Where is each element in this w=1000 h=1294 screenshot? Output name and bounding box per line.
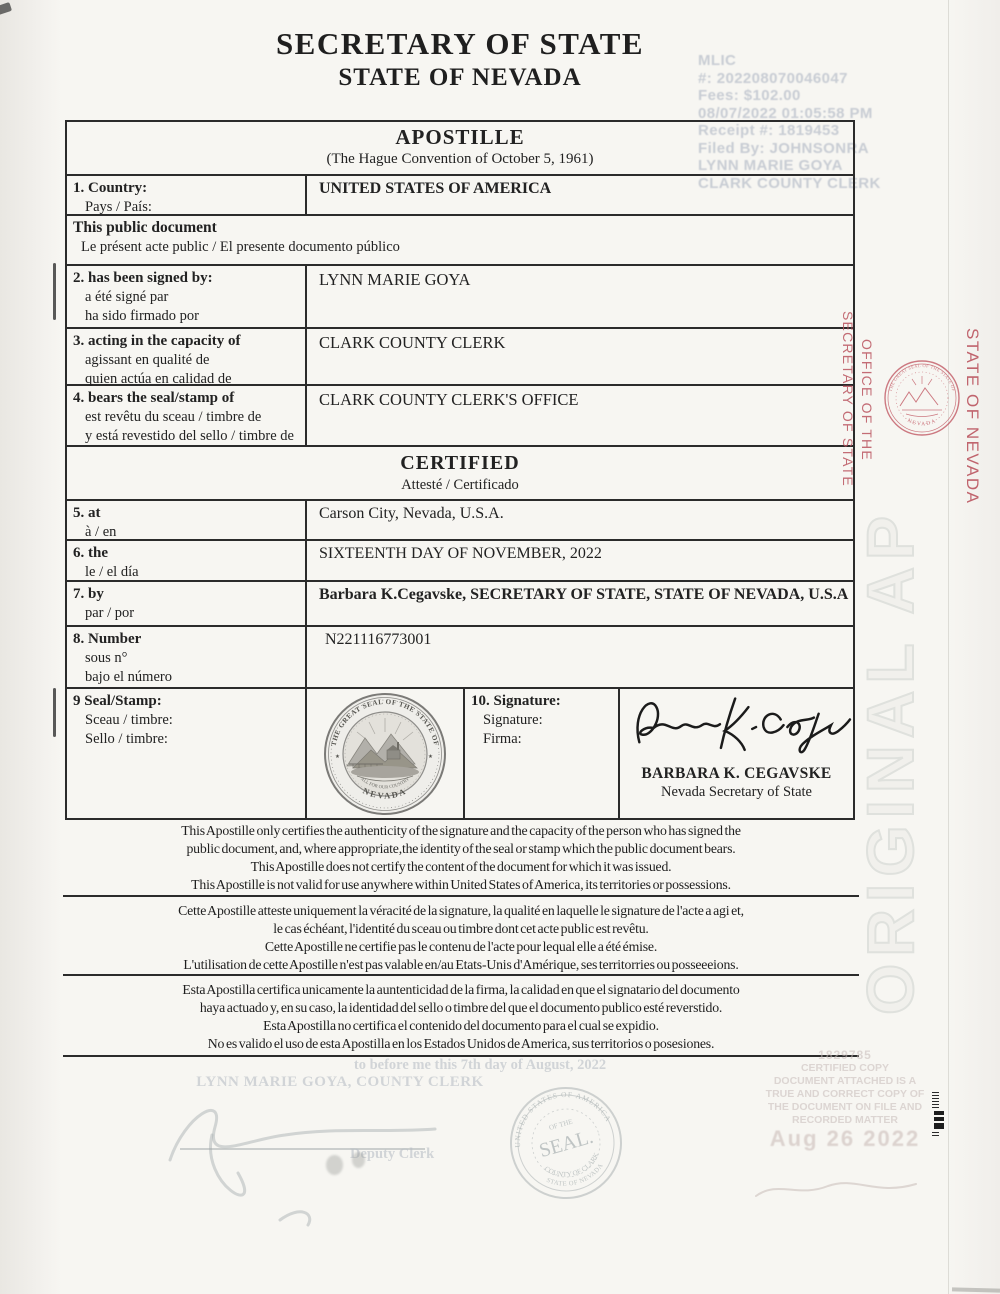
apostille-convention-subtitle: (The Hague Convention of October 5, 1961…	[67, 150, 853, 168]
table-row-public-document: This public document Le présent acte pub…	[67, 214, 853, 264]
label-line: Firma:	[471, 730, 612, 749]
certified-row: CERTIFIED Attesté / Certificado	[67, 445, 853, 499]
secretary-signature-script	[624, 691, 852, 765]
bleedthrough-stamp-date: Aug 26 2022	[745, 1126, 945, 1152]
secretary-printed-title: Nevada Secretary of State	[620, 784, 853, 801]
disclaimer-line: Esta Apostilla certifica unicamente la a…	[65, 981, 857, 999]
label-line: Sceau / timbre:	[73, 711, 299, 730]
nevada-state-seal: THE GREAT SEAL OF THE STATE OF NEVADA AL…	[323, 692, 447, 816]
table-row-number: 8. Number sous n° bajo el número N221116…	[67, 625, 853, 687]
county-seal-center: SEAL.	[537, 1126, 596, 1162]
label-line: This public document	[73, 218, 847, 237]
seal-of-value: CLARK COUNTY CLERK'S OFFICE	[307, 386, 853, 445]
disclaimer-line: public document, and, where appropriate,…	[65, 840, 857, 858]
red-stamp-office-of-the: OFFICE OF THE	[859, 339, 875, 461]
paper-right-shadow	[946, 0, 1000, 1294]
red-stamp-secretary-of-state: SECRETARY OF STATE	[840, 311, 856, 487]
scan-artifact-dot	[352, 1152, 365, 1168]
label-line: Signature:	[471, 711, 612, 730]
label-line: 2. has been signed by:	[73, 269, 299, 288]
disclaimer-line: L'utilisation de cette Apostille n'est p…	[65, 956, 857, 974]
signature-label-cell: 10. Signature: Signature: Firma:	[465, 689, 620, 818]
label-line: 1. Country:	[73, 179, 299, 198]
label-line: 9 Seal/Stamp:	[73, 692, 299, 711]
date-label-cell: 6. the le / el día	[67, 541, 307, 580]
scan-artifact-left-line	[53, 263, 56, 320]
apostille-document-scan: MLIC #: 202208070046047 Fees: $102.00 08…	[0, 0, 1000, 1294]
disclaimer-line: Cette Apostille ne certifie pas le conte…	[65, 938, 857, 956]
apostille-table: APOSTILLE (The Hague Convention of Octob…	[65, 120, 855, 820]
disclaimer-line: Cette Apostille atteste uniquement la vé…	[65, 902, 857, 920]
label-line: Sello / timbre:	[73, 730, 299, 749]
bleedthrough-county-seal: UNITED STATES OF AMERICA OF THE SEAL. CO…	[493, 1070, 639, 1216]
capacity-label-cell: 3. acting in the capacity of agissant en…	[67, 329, 307, 384]
secretary-name: Barbara K.Cegavske	[319, 586, 462, 603]
state-seal-cell: THE GREAT SEAL OF THE STATE OF NEVADA AL…	[307, 689, 465, 818]
secretary-printed-name: BARBARA K. CEGAVSKE	[620, 765, 853, 783]
label-line: est revêtu du sceau / timbre de	[73, 408, 299, 427]
seal-of-label-cell: 4. bears the seal/stamp of est revêtu du…	[67, 386, 307, 445]
seal-star-right: ★	[428, 753, 433, 760]
by-label-cell: 7. by par / por	[67, 582, 307, 625]
table-row-date: 6. the le / el día SIXTEENTH DAY OF NOVE…	[67, 539, 853, 580]
red-nevada-seal: THE GREAT SEAL OF THE STATE OF NEVADA	[882, 358, 962, 438]
stamp-line: DOCUMENT ATTACHED IS A	[745, 1075, 945, 1088]
label-line: 3. acting in the capacity of	[73, 332, 299, 351]
bleedthrough-certified-stamp: 1829785 CERTIFIED COPY DOCUMENT ATTACHED…	[745, 1048, 945, 1127]
disclaimer-line: le cas échéant, l'identité du sceau ou t…	[65, 920, 857, 938]
table-row-capacity: 3. acting in the capacity of agissant en…	[67, 327, 853, 384]
red-seal-arc-bottom-text: NEVADA	[906, 418, 937, 428]
disclaimer-french: Cette Apostille atteste uniquement la vé…	[65, 902, 857, 974]
disclaimer-line: haya actuado y, en su caso, la identidad…	[65, 999, 857, 1017]
signature-cell: BARBARA K. CEGAVSKE Nevada Secretary of …	[620, 689, 853, 818]
label-line: agissant en qualité de	[73, 351, 299, 370]
apostille-title: APOSTILLE	[67, 122, 853, 150]
signed-by-value: LYNN MARIE GOYA	[307, 266, 853, 327]
capacity-value: CLARK COUNTY CLERK	[307, 329, 853, 384]
paper-crease	[948, 0, 949, 1294]
disclaimer-line: No es valido el uso de esta Apostilla en…	[65, 1035, 857, 1053]
red-stamp-state-of-nevada: STATE OF NEVADA	[962, 328, 982, 504]
country-value: UNITED STATES OF AMERICA	[307, 176, 853, 214]
stamp-line: CERTIFIED COPY	[745, 1062, 945, 1075]
divider-rule	[63, 895, 859, 897]
disclaimer-line: This Apostille does not certify the cont…	[65, 858, 857, 876]
number-label-cell: 8. Number sous n° bajo el número	[67, 627, 307, 687]
label-line: 6. the	[73, 544, 299, 563]
public-document-cell: This public document Le présent acte pub…	[67, 216, 853, 264]
table-row-seal-of: 4. bears the seal/stamp of est revêtu du…	[67, 384, 853, 445]
table-row-seal-signature: 9 Seal/Stamp: Sceau / timbre: Sello / ti…	[67, 687, 853, 818]
bleedthrough-notary-line: to before me this 7th day of August, 202…	[200, 1057, 760, 1074]
at-label-cell: 5. at à / en	[67, 501, 307, 539]
apostille-header-row: APOSTILLE (The Hague Convention of Octob…	[67, 122, 853, 174]
page-title: SECRETARY OF STATE	[65, 26, 855, 62]
by-value: Barbara K.Cegavske, SECRETARY OF STATE, …	[307, 582, 853, 625]
stamp-line: TRUE AND CORRECT COPY OF	[745, 1088, 945, 1101]
country-label-cell: 1. Country: Pays / País:	[67, 176, 307, 214]
label-line: y está revestido del sello / timbre de	[73, 427, 299, 446]
signed-by-label-cell: 2. has been signed by: a été signé par h…	[67, 266, 307, 327]
disclaimer-line: Esta Apostilla no certifica el contenido…	[65, 1017, 857, 1035]
scan-artifact-left-line	[53, 688, 56, 737]
label-line: 5. at	[73, 504, 299, 523]
label-line: bajo el número	[73, 668, 299, 687]
label-line: 10. Signature:	[471, 692, 612, 711]
svg-text:NEVADA: NEVADA	[906, 418, 937, 428]
table-row-at: 5. at à / en Carson City, Nevada, U.S.A.	[67, 499, 853, 539]
seal-mill	[387, 750, 400, 759]
label-line: à / en	[73, 523, 299, 542]
table-row-by: 7. by par / por Barbara K.Cegavske, SECR…	[67, 580, 853, 625]
at-value: Carson City, Nevada, U.S.A.	[307, 501, 853, 539]
disclaimer-spanish: Esta Apostilla certifica unicamente la a…	[65, 981, 857, 1053]
table-row-country: 1. Country: Pays / País: UNITED STATES O…	[67, 174, 853, 214]
paper-left-shadow	[0, 0, 62, 1294]
label-line: 4. bears the seal/stamp of	[73, 389, 299, 408]
disclaimer-english: This Apostille only certifies the authen…	[65, 822, 857, 894]
certified-subtitle: Attesté / Certificado	[67, 475, 853, 494]
scan-artifact-dot	[326, 1155, 343, 1175]
seal-star-left: ★	[335, 753, 340, 760]
county-seal-of-the: OF THE	[548, 1118, 573, 1132]
label-line: Le présent acte public / El presente doc…	[73, 237, 847, 257]
label-line: le / el día	[73, 563, 299, 582]
secretary-title-text: , SECRETARY OF STATE, STATE OF NEVADA, U…	[462, 586, 848, 603]
label-line: 8. Number	[73, 630, 299, 649]
label-line: 7. by	[73, 585, 299, 604]
label-line: sous n°	[73, 649, 299, 668]
page-subtitle: STATE OF NEVADA	[65, 64, 855, 92]
certified-title: CERTIFIED	[67, 447, 853, 475]
bleedthrough-stamp-signature	[750, 1172, 935, 1206]
divider-rule	[63, 974, 859, 976]
label-line: a été signé par	[73, 288, 299, 307]
label-line: par / por	[73, 604, 299, 623]
table-row-signed-by: 2. has been signed by: a été signé par h…	[67, 264, 853, 327]
stamp-number: 1829785	[745, 1048, 945, 1062]
original-watermark: ORIGINAL AP	[852, 395, 928, 1015]
label-line: ha sido firmado por	[73, 307, 299, 326]
seal-stamp-label-cell: 9 Seal/Stamp: Sceau / timbre: Sello / ti…	[67, 689, 307, 818]
date-value: SIXTEENTH DAY OF NOVEMBER, 2022	[307, 541, 853, 580]
apostille-number-value: N221116773001	[307, 627, 853, 687]
stamp-line: THE DOCUMENT ON FILE AND	[745, 1101, 945, 1114]
label-line: Pays / País:	[73, 198, 299, 217]
disclaimer-line: This Apostille is not valid for use anyw…	[65, 876, 857, 894]
disclaimer-line: This Apostille only certifies the authen…	[65, 822, 857, 840]
